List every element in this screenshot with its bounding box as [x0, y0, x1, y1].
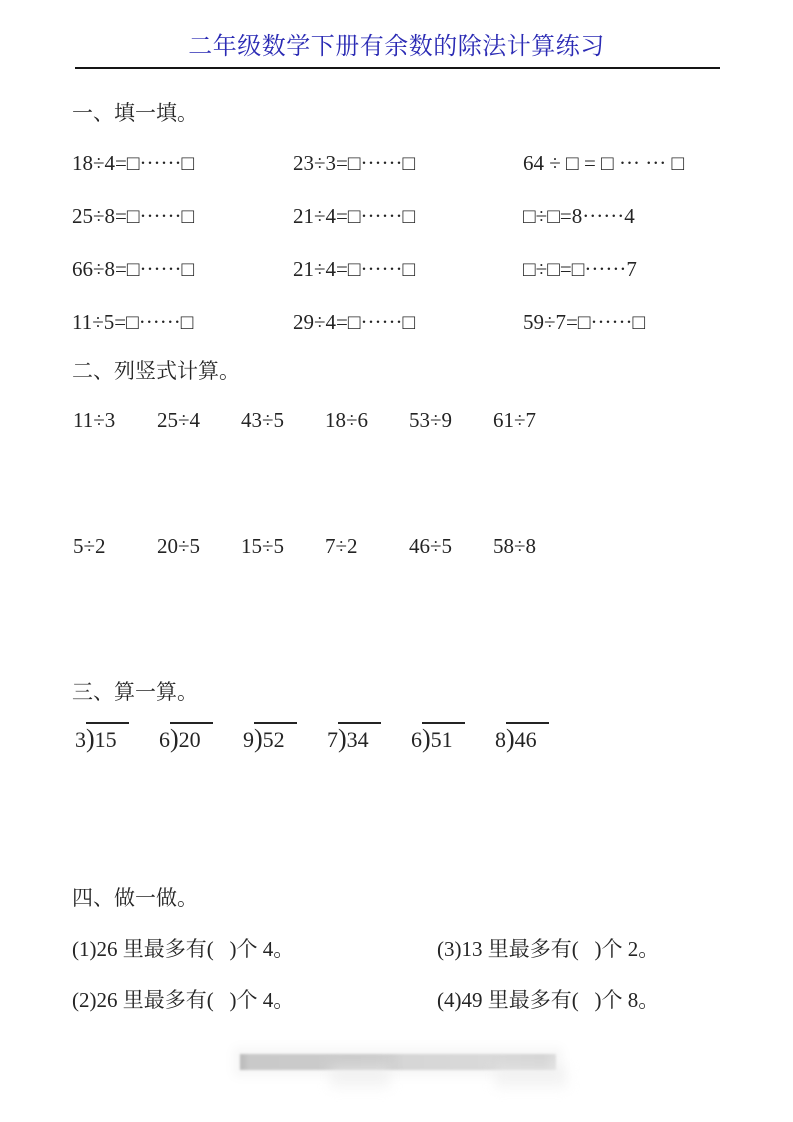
long-division-paren-icon: )	[422, 724, 431, 753]
fill-blank-problem: □÷□=8······4	[523, 203, 684, 229]
vertical-calc-problem: 53÷9	[409, 407, 493, 433]
vertical-calc-problem: 58÷8	[493, 533, 577, 559]
long-division-dividend: 51	[431, 727, 453, 752]
section-1-heading: 一、填一填。	[72, 100, 198, 126]
long-division-divisor: 6	[159, 729, 170, 751]
long-division-dividend: 34	[347, 727, 369, 752]
vertical-calc-problem: 25÷4	[157, 407, 241, 433]
fill-blank-problem: 11÷5=□······□	[72, 309, 293, 335]
word-problem: (2)26 里最多有( )个 4。	[72, 987, 437, 1013]
word-problem-row: (1)26 里最多有( )个 4。 (3)13 里最多有( )个 2。	[72, 936, 659, 962]
section-2-heading: 二、列竖式计算。	[72, 358, 240, 384]
vertical-calc-problem: 20÷5	[157, 533, 241, 559]
vertical-calc-problem: 61÷7	[493, 407, 577, 433]
vertical-calc-row: 11÷3 25÷4 43÷5 18÷6 53÷9 61÷7	[73, 407, 577, 433]
worksheet-page: 二年级数学下册有余数的除法计算练习 一、填一填。 18÷4=□······□ 2…	[0, 0, 793, 1122]
long-division-divisor: 8	[495, 729, 506, 751]
word-problem: (1)26 里最多有( )个 4。	[72, 936, 437, 962]
fill-blank-problem: 59÷7=□······□	[523, 309, 684, 335]
long-division-divisor: 7	[327, 729, 338, 751]
long-division-problem: 6)20	[159, 722, 243, 752]
vertical-calc-problem: 43÷5	[241, 407, 325, 433]
section-4-heading: 四、做一做。	[72, 885, 198, 911]
long-division-problem: 6)51	[411, 722, 495, 752]
title-divider	[75, 67, 720, 69]
fill-blank-problem: 25÷8=□······□	[72, 203, 293, 229]
fill-blank-grid: 18÷4=□······□ 23÷3=□······□ 64 ÷ □ = □ ·…	[72, 150, 684, 335]
vertical-calc-problem: 18÷6	[325, 407, 409, 433]
long-division-dividend: 15	[95, 727, 117, 752]
long-division-dividend: 52	[263, 727, 285, 752]
worksheet-title: 二年级数学下册有余数的除法计算练习	[0, 32, 793, 62]
long-division-dividend: 20	[179, 727, 201, 752]
word-problem: (3)13 里最多有( )个 2。	[437, 936, 659, 962]
long-division-problem: 7)34	[327, 722, 411, 752]
long-division-problem: 9)52	[243, 722, 327, 752]
word-problem: (4)49 里最多有( )个 8。	[437, 987, 659, 1013]
long-division-divisor: 3	[75, 729, 86, 751]
long-division-paren-icon: )	[86, 724, 95, 753]
vertical-calc-problem: 5÷2	[73, 533, 157, 559]
long-division-paren-icon: )	[170, 724, 179, 753]
long-division-paren-icon: )	[254, 724, 263, 753]
long-division-paren-icon: )	[338, 724, 347, 753]
long-division-paren-icon: )	[506, 724, 515, 753]
vertical-calc-problem: 46÷5	[409, 533, 493, 559]
watermark-smudge	[495, 1066, 567, 1088]
fill-blank-problem: 21÷4=□······□	[293, 256, 523, 282]
long-division-problem: 8)46	[495, 722, 579, 752]
word-problem-row: (2)26 里最多有( )个 4。 (4)49 里最多有( )个 8。	[72, 987, 659, 1013]
long-division-dividend: 46	[515, 727, 537, 752]
long-division-divisor: 6	[411, 729, 422, 751]
vertical-calc-problem: 11÷3	[73, 407, 157, 433]
watermark-smudge	[330, 1066, 390, 1088]
vertical-calc-row: 5÷2 20÷5 15÷5 7÷2 46÷5 58÷8	[73, 533, 577, 559]
fill-blank-problem: 18÷4=□······□	[72, 150, 293, 176]
long-division-divisor: 9	[243, 729, 254, 751]
fill-blank-problem: □÷□=□······7	[523, 256, 684, 282]
fill-blank-problem: 66÷8=□······□	[72, 256, 293, 282]
vertical-calc-problem: 15÷5	[241, 533, 325, 559]
fill-blank-problem: 64 ÷ □ = □ ··· ··· □	[523, 150, 684, 176]
long-division-row: 3)15 6)20 9)52 7)34 6)51 8)46	[75, 722, 579, 752]
fill-blank-problem: 23÷3=□······□	[293, 150, 523, 176]
long-division-problem: 3)15	[75, 722, 159, 752]
section-3-heading: 三、算一算。	[72, 679, 198, 705]
fill-blank-problem: 29÷4=□······□	[293, 309, 523, 335]
vertical-calc-problem: 7÷2	[325, 533, 409, 559]
fill-blank-problem: 21÷4=□······□	[293, 203, 523, 229]
